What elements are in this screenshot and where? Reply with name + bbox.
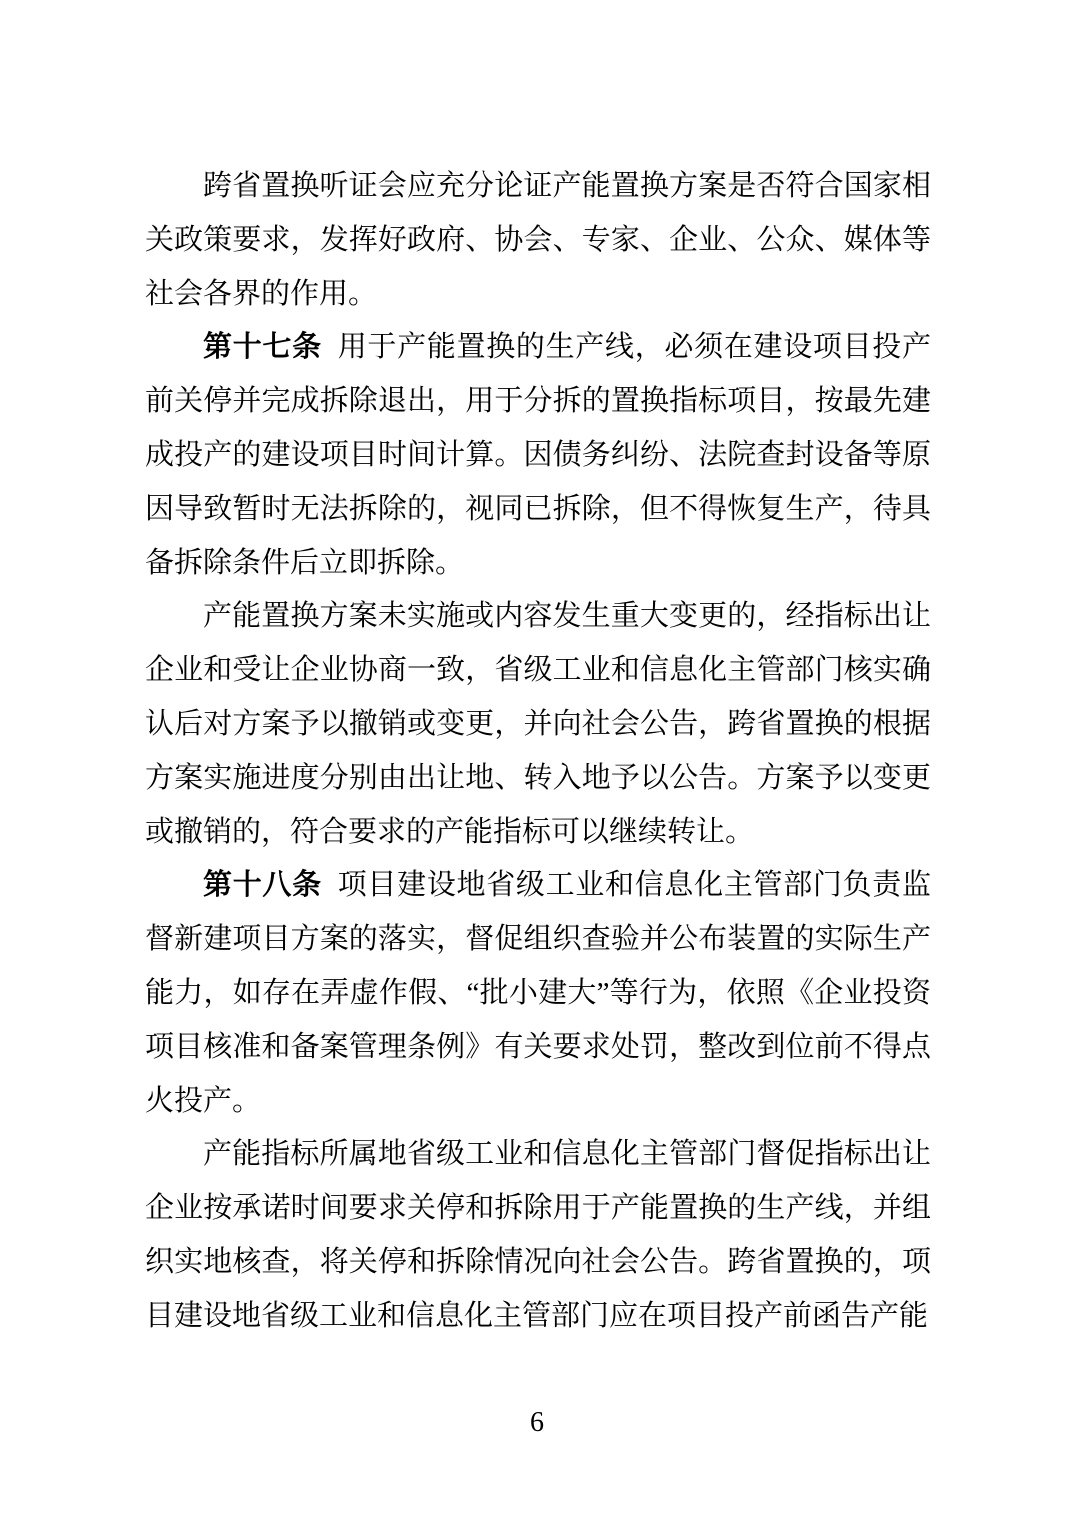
page-number: 6: [530, 1407, 544, 1438]
article-number-label: 第十七条: [203, 331, 322, 363]
paragraph-2-article-17: 第十七条用于产能置换的生产线，必须在建设项目投产前关停并完成拆除退出，用于分拆的…: [145, 321, 931, 590]
paragraph-4-article-18: 第十八条项目建设地省级工业和信息化主管部门负责监督新建项目方案的落实，督促组织查…: [145, 859, 931, 1128]
paragraph-text: 产能指标所属地省级工业和信息化主管部门督促指标出让企业按承诺时间要求关停和拆除用…: [145, 1138, 931, 1331]
paragraph-text: 用于产能置换的生产线，必须在建设项目投产前关停并完成拆除退出，用于分拆的置换指标…: [145, 331, 931, 578]
paragraph-1: 跨省置换听证会应充分论证产能置换方案是否符合国家相关政策要求，发挥好政府、协会、…: [145, 160, 931, 321]
paragraph-text: 产能置换方案未实施或内容发生重大变更的，经指标出让企业和受让企业协商一致，省级工…: [145, 600, 931, 847]
paragraph-3: 产能置换方案未实施或内容发生重大变更的，经指标出让企业和受让企业协商一致，省级工…: [145, 590, 931, 859]
paragraph-text: 项目建设地省级工业和信息化主管部门负责监督新建项目方案的落实，督促组织查验并公布…: [145, 869, 931, 1116]
page-footer: 6: [0, 1406, 1074, 1440]
article-number-label: 第十八条: [203, 869, 322, 901]
document-page: 跨省置换听证会应充分论证产能置换方案是否符合国家相关政策要求，发挥好政府、协会、…: [0, 0, 1074, 1520]
paragraph-text: 跨省置换听证会应充分论证产能置换方案是否符合国家相关政策要求，发挥好政府、协会、…: [145, 170, 931, 310]
document-body: 跨省置换听证会应充分论证产能置换方案是否符合国家相关政策要求，发挥好政府、协会、…: [145, 160, 931, 1344]
paragraph-5: 产能指标所属地省级工业和信息化主管部门督促指标出让企业按承诺时间要求关停和拆除用…: [145, 1128, 931, 1343]
